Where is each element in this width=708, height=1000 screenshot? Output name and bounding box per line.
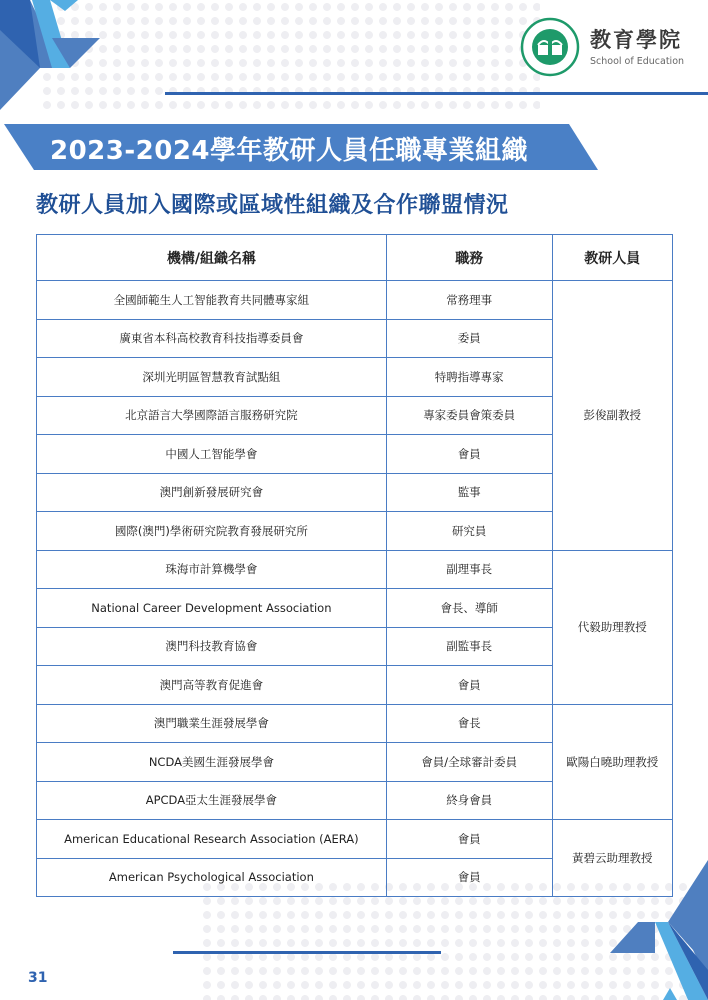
school-name-zh: 教育學院 (590, 28, 684, 52)
org-cell: 北京語言大學國際語言服務研究院 (37, 396, 387, 435)
table-row: 珠海市計算機學會 副理事長 代毅助理教授 (37, 550, 673, 589)
staff-cell: 彭俊副教授 (552, 281, 672, 551)
org-cell: 中國人工智能學會 (37, 435, 387, 474)
school-logo: 教育學院 School of Education (520, 17, 684, 77)
role-cell: 會長 (386, 704, 552, 743)
bottom-rule (173, 951, 441, 954)
org-cell: NCDA美國生涯發展學會 (37, 743, 387, 782)
org-cell: 深圳光明區智慧教育試點組 (37, 358, 387, 397)
role-cell: 會員 (386, 666, 552, 705)
role-cell: 會員 (386, 820, 552, 859)
role-cell: 會員 (386, 435, 552, 474)
table-row: American Educational Research Associatio… (37, 820, 673, 859)
role-cell: 監事 (386, 473, 552, 512)
org-cell: 澳門職業生涯發展學會 (37, 704, 387, 743)
role-cell: 副監事長 (386, 627, 552, 666)
org-cell: National Career Development Association (37, 589, 387, 628)
org-cell: 珠海市計算機學會 (37, 550, 387, 589)
role-cell: 研究員 (386, 512, 552, 551)
org-cell: 廣東省本科高校教育科技指導委員會 (37, 319, 387, 358)
staff-cell: 代毅助理教授 (552, 550, 672, 704)
page-title-banner: 2023-2024學年教研人員任職專業組織 (4, 124, 598, 170)
role-cell: 會長、導師 (386, 589, 552, 628)
org-cell: 澳門高等教育促進會 (37, 666, 387, 705)
school-name-en: School of Education (590, 56, 684, 67)
role-cell: 終身會員 (386, 781, 552, 820)
org-cell: 澳門科技教育協會 (37, 627, 387, 666)
column-header-organization: 機構/組織名稱 (37, 235, 387, 281)
column-header-role: 職務 (386, 235, 552, 281)
role-cell: 常務理事 (386, 281, 552, 320)
university-seal-icon (520, 17, 580, 77)
role-cell: 委員 (386, 319, 552, 358)
section-subtitle: 教研人員加入國際或區域性組織及合作聯盟情況 (36, 188, 509, 219)
org-cell: American Educational Research Associatio… (37, 820, 387, 859)
top-rule (165, 92, 708, 95)
dot-pattern-top (40, 0, 540, 115)
table-row: 澳門職業生涯發展學會 會長 歐陽白曉助理教授 (37, 704, 673, 743)
column-header-staff: 教研人員 (552, 235, 672, 281)
page-title: 2023-2024學年教研人員任職專業組織 (50, 130, 528, 167)
organizations-table: 機構/組織名稱 職務 教研人員 全國師範生人工智能教育共同體專家組 常務理事 彭… (36, 234, 673, 897)
role-cell: 副理事長 (386, 550, 552, 589)
page-number: 31 (28, 970, 47, 986)
staff-cell: 歐陽白曉助理教授 (552, 704, 672, 820)
role-cell: 會員/全球審計委員 (386, 743, 552, 782)
table-header-row: 機構/組織名稱 職務 教研人員 (37, 235, 673, 281)
org-cell: American Psychological Association (37, 858, 387, 897)
role-cell: 會員 (386, 858, 552, 897)
role-cell: 專家委員會策委員 (386, 396, 552, 435)
role-cell: 特聘指導專家 (386, 358, 552, 397)
org-cell: APCDA亞太生涯發展學會 (37, 781, 387, 820)
org-cell: 全國師範生人工智能教育共同體專家組 (37, 281, 387, 320)
org-cell: 澳門創新發展研究會 (37, 473, 387, 512)
table-row: 全國師範生人工智能教育共同體專家組 常務理事 彭俊副教授 (37, 281, 673, 320)
org-cell: 國際(澳門)學術研究院教育發展研究所 (37, 512, 387, 551)
